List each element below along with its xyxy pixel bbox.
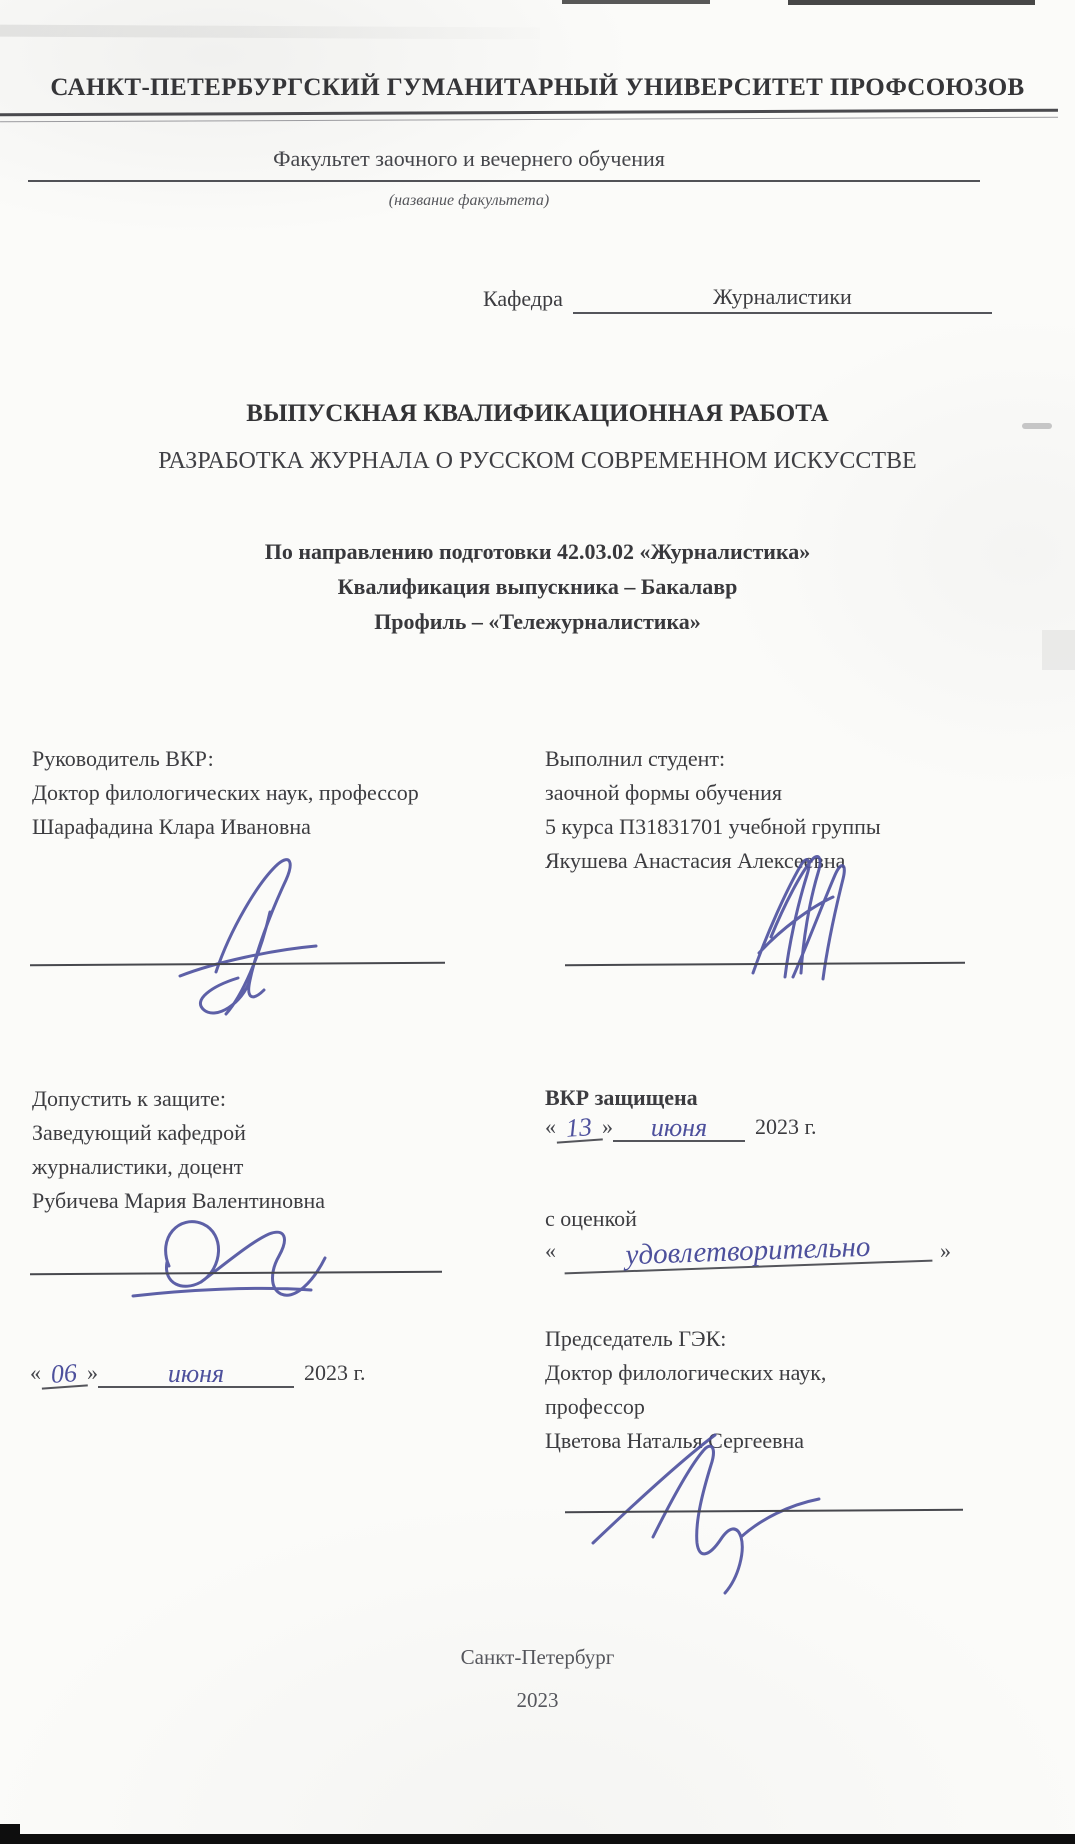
footer-year: 2023 bbox=[0, 1688, 1075, 1713]
admission-date-day: 06 bbox=[40, 1360, 88, 1389]
student-form: заочной формы обучения bbox=[545, 776, 1035, 810]
faculty-caption: (название факультета) bbox=[28, 192, 910, 210]
scan-artifact-top-streak bbox=[0, 25, 540, 40]
scan-artifact-bottom-bar bbox=[0, 1834, 1075, 1844]
defense-date-month: июня bbox=[613, 1116, 745, 1142]
department-head-signature bbox=[105, 1200, 335, 1330]
department-row: Кафедра Журналистики bbox=[483, 284, 992, 314]
supervisor-block: Руководитель ВКР: Доктор филологических … bbox=[32, 742, 527, 844]
quote-open: « bbox=[545, 1238, 556, 1268]
grade-value: удовлетворительно bbox=[564, 1230, 933, 1275]
defense-date-year: 2023 г. bbox=[755, 1114, 817, 1142]
defense-heading: ВКР защищена bbox=[545, 1085, 698, 1111]
committee-rank: профессор bbox=[545, 1390, 1025, 1424]
admission-position2: журналистики, доцент bbox=[32, 1150, 512, 1184]
university-name: САНКТ-ПЕТЕРБУРГСКИЙ ГУМАНИТАРНЫЙ УНИВЕРС… bbox=[0, 74, 1075, 102]
supervisor-heading: Руководитель ВКР: bbox=[32, 742, 527, 776]
grade-label: с оценкой bbox=[545, 1206, 637, 1232]
admission-position1: Заведующий кафедрой bbox=[32, 1116, 512, 1150]
defense-date: «13» июня 2023 г. bbox=[545, 1114, 817, 1142]
footer-city: Санкт-Петербург bbox=[0, 1645, 1075, 1670]
student-heading: Выполнил студент: bbox=[545, 742, 1035, 776]
committee-heading: Председатель ГЭК: bbox=[545, 1322, 1025, 1356]
student-group: 5 курса П31831701 учебной группы bbox=[545, 810, 1035, 844]
committee-degree: Доктор филологических наук, bbox=[545, 1356, 1025, 1390]
department-value: Журналистики bbox=[573, 284, 992, 314]
admission-date: «06» июня 2023 г. bbox=[30, 1360, 366, 1388]
admission-date-year: 2023 г. bbox=[304, 1360, 366, 1388]
supervisor-name: Шарафадина Клара Ивановна bbox=[32, 810, 527, 844]
defense-date-day: 13 bbox=[555, 1114, 603, 1143]
scan-artifact-top-dash-right bbox=[788, 0, 1035, 5]
header-rule bbox=[0, 109, 1058, 123]
work-type-heading: ВЫПУСКНАЯ КВАЛИФИКАЦИОННАЯ РАБОТА bbox=[0, 400, 1075, 428]
admission-date-month: июня bbox=[98, 1362, 294, 1388]
admission-block: Допустить к защите: Заведующий кафедрой … bbox=[32, 1082, 512, 1218]
quote-close: » bbox=[940, 1238, 951, 1268]
work-title: РАЗРАБОТКА ЖУРНАЛА О РУССКОМ СОВРЕМЕННОМ… bbox=[0, 448, 1075, 475]
quote-close: » bbox=[602, 1114, 613, 1142]
scan-artifact-bottom-corner bbox=[0, 1824, 20, 1844]
document-page: САНКТ-ПЕТЕРБУРГСКИЙ ГУМАНИТАРНЫЙ УНИВЕРС… bbox=[0, 0, 1075, 1844]
admission-heading: Допустить к защите: bbox=[32, 1082, 512, 1116]
faculty-line: Факультет заочного и вечернего обучения bbox=[28, 146, 980, 182]
program-profile: Профиль – «Тележурналистика» bbox=[0, 604, 1075, 639]
faculty-name: Факультет заочного и вечернего обучения bbox=[273, 146, 665, 171]
program-block: По направлению подготовки 42.03.02 «Журн… bbox=[0, 534, 1075, 639]
student-signature bbox=[715, 845, 885, 1000]
scan-artifact-top-dash-left bbox=[562, 0, 710, 4]
program-qualification: Квалификация выпускника – Бакалавр bbox=[0, 569, 1075, 604]
supervisor-signature bbox=[120, 852, 380, 1022]
supervisor-degree: Доктор филологических наук, профессор bbox=[32, 776, 527, 810]
grade-row: « удовлетворительно » bbox=[545, 1236, 951, 1268]
department-label: Кафедра bbox=[483, 286, 563, 314]
program-direction: По направлению подготовки 42.03.02 «Журн… bbox=[0, 534, 1075, 569]
quote-close: » bbox=[87, 1360, 98, 1388]
